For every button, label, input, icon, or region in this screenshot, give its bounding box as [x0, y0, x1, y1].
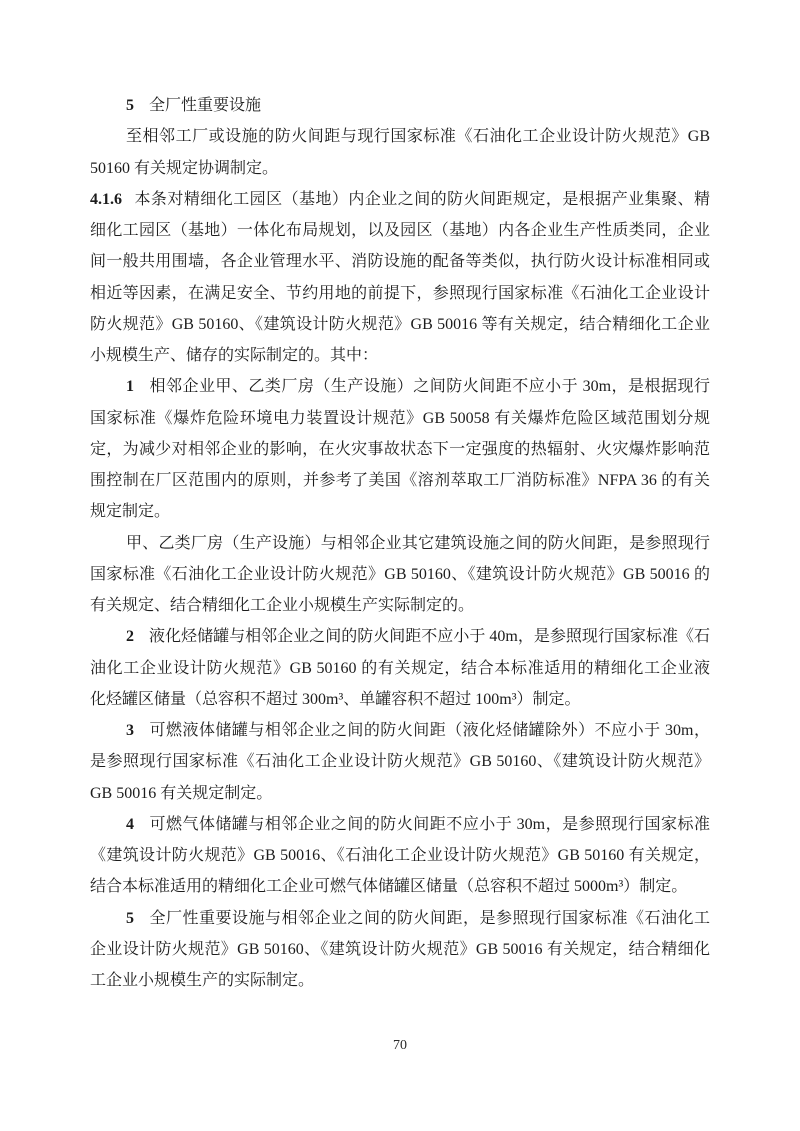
- page-number: 70: [0, 1038, 800, 1054]
- line-text: 是参照现行国家标准《石油化工企业设计防火规范》GB 50160、《建筑设计防火规…: [90, 753, 710, 770]
- text-line: 油化工企业设计防火规范》GB 50160 的有关规定，结合本标准适用的精细化工企…: [90, 653, 710, 684]
- line-text: 本条对精细化工园区（基地）内企业之间的防火间距规定，是根据产业集聚、精: [134, 191, 710, 208]
- line-text: 至相邻工厂或设施的防火间距与现行国家标准《石油化工企业设计防火规范》GB: [126, 128, 710, 145]
- line-text: 化烃罐区储量（总容积不超过 300m³、单罐容积不超过 100m³）制定。: [90, 691, 581, 708]
- text-line: 4可燃气体储罐与相邻企业之间的防火间距不应小于 30m，是参照现行国家标准: [90, 809, 710, 840]
- text-line: 化烃罐区储量（总容积不超过 300m³、单罐容积不超过 100m³）制定。: [90, 684, 710, 715]
- text-line: GB 50016 有关规定制定。: [90, 778, 710, 809]
- text-line: 小规模生产、储存的实际制定的。其中：: [90, 340, 710, 371]
- line-text: 甲、乙类厂房（生产设施）与相邻企业其它建筑设施之间的防火间距，是参照现行: [126, 535, 710, 552]
- line-text: 可燃液体储罐与相邻企业之间的防火间距（液化烃储罐除外）不应小于 30m，: [149, 722, 710, 739]
- item-number: 1: [126, 378, 134, 395]
- line-text: 定，为减少对相邻企业的影响，在火灾事故状态下一定强度的热辐射、火灾爆炸影响范: [90, 441, 710, 458]
- text-line: 企业设计防火规范》GB 50160、《建筑设计防火规范》GB 50016 有关规…: [90, 934, 710, 965]
- item-number: 5: [126, 910, 134, 927]
- line-text: 围控制在厂区范围内的原则，并参考了美国《溶剂萃取工厂消防标准》NFPA 36 的…: [90, 472, 710, 489]
- line-text: 相邻企业甲、乙类厂房（生产设施）之间防火间距不应小于 30m，是根据现行: [149, 378, 710, 395]
- text-line: 规定制定。: [90, 496, 710, 527]
- item-number: 5: [126, 97, 134, 114]
- line-text: 防火规范》GB 50160、《建筑设计防火规范》GB 50016 等有关规定，结…: [90, 316, 710, 333]
- text-line: 结合本标准适用的精细化工企业可燃气体储罐区储量（总容积不超过 5000m³）制定…: [90, 871, 710, 902]
- line-text: 企业设计防火规范》GB 50160、《建筑设计防火规范》GB 50016 有关规…: [90, 941, 710, 958]
- line-text: 可燃气体储罐与相邻企业之间的防火间距不应小于 30m，是参照现行国家标准: [149, 816, 710, 833]
- line-text: 间一般共用围墙，各企业管理水平、消防设施的配备等类似，执行防火设计标准相同或: [90, 253, 710, 270]
- text-line: 2液化烃储罐与相邻企业之间的防火间距不应小于 40m，是参照现行国家标准《石: [90, 621, 710, 652]
- document-page: { "page": { "footer_page_number": "70" }…: [0, 0, 800, 1131]
- item-number: 2: [126, 628, 134, 645]
- line-text: 相近等因素，在满足安全、节约用地的前提下，参照现行国家标准《石油化工企业设计: [90, 285, 710, 302]
- line-text: 小规模生产、储存的实际制定的。其中：: [90, 347, 378, 364]
- text-line: 50160 有关规定协调制定。: [90, 153, 710, 184]
- text-line: 5全厂性重要设施与相邻企业之间的防火间距，是参照现行国家标准《石油化工: [90, 903, 710, 934]
- text-line: 1相邻企业甲、乙类厂房（生产设施）之间防火间距不应小于 30m，是根据现行: [90, 371, 710, 402]
- line-text: 《建筑设计防火规范》GB 50016、《石油化工企业设计防火规范》GB 5016…: [90, 847, 710, 864]
- text-line: 国家标准《爆炸危险环境电力装置设计规范》GB 50058 有关爆炸危险区域范围划…: [90, 403, 710, 434]
- line-text: GB 50016 有关规定制定。: [90, 785, 272, 802]
- line-text: 规定制定。: [90, 503, 170, 520]
- line-text: 全厂性重要设施与相邻企业之间的防火间距，是参照现行国家标准《石油化工: [149, 910, 710, 927]
- line-text: 液化烃储罐与相邻企业之间的防火间距不应小于 40m，是参照现行国家标准《石: [149, 628, 710, 645]
- item-number: 3: [126, 722, 134, 739]
- line-text: 有关规定、结合精细化工企业小规模生产实际制定的。: [90, 597, 474, 614]
- text-line: 5全厂性重要设施: [90, 90, 710, 121]
- line-text: 国家标准《石油化工企业设计防火规范》GB 50160、《建筑设计防火规范》GB …: [90, 566, 710, 583]
- line-text: 工企业小规模生产的实际制定。: [90, 972, 314, 989]
- text-line: 定，为减少对相邻企业的影响，在火灾事故状态下一定强度的热辐射、火灾爆炸影响范: [90, 434, 710, 465]
- text-line: 是参照现行国家标准《石油化工企业设计防火规范》GB 50160、《建筑设计防火规…: [90, 746, 710, 777]
- text-line: 围控制在厂区范围内的原则，并参考了美国《溶剂萃取工厂消防标准》NFPA 36 的…: [90, 465, 710, 496]
- item-number: 4: [126, 816, 134, 833]
- text-line: 3可燃液体储罐与相邻企业之间的防火间距（液化烃储罐除外）不应小于 30m，: [90, 715, 710, 746]
- text-line: 至相邻工厂或设施的防火间距与现行国家标准《石油化工企业设计防火规范》GB: [90, 121, 710, 152]
- text-line: 防火规范》GB 50160、《建筑设计防火规范》GB 50016 等有关规定，结…: [90, 309, 710, 340]
- line-text: 国家标准《爆炸危险环境电力装置设计规范》GB 50058 有关爆炸危险区域范围划…: [90, 410, 710, 427]
- line-text: 细化工园区（基地）一体化布局规划，以及园区（基地）内各企业生产性质类同，企业: [90, 222, 710, 239]
- text-line: 《建筑设计防火规范》GB 50016、《石油化工企业设计防火规范》GB 5016…: [90, 840, 710, 871]
- text-line: 有关规定、结合精细化工企业小规模生产实际制定的。: [90, 590, 710, 621]
- text-line: 相近等因素，在满足安全、节约用地的前提下，参照现行国家标准《石油化工企业设计: [90, 278, 710, 309]
- text-line: 甲、乙类厂房（生产设施）与相邻企业其它建筑设施之间的防火间距，是参照现行: [90, 528, 710, 559]
- text-line: 间一般共用围墙，各企业管理水平、消防设施的配备等类似，执行防火设计标准相同或: [90, 246, 710, 277]
- clause-number: 4.1.6: [90, 191, 122, 208]
- text-column: 5全厂性重要设施 至相邻工厂或设施的防火间距与现行国家标准《石油化工企业设计防火…: [90, 90, 710, 996]
- line-text: 结合本标准适用的精细化工企业可燃气体储罐区储量（总容积不超过 5000m³）制定…: [90, 878, 687, 895]
- line-text: 50160 有关规定协调制定。: [90, 160, 278, 177]
- line-text: 油化工企业设计防火规范》GB 50160 的有关规定，结合本标准适用的精细化工企…: [90, 660, 710, 677]
- text-line: 细化工园区（基地）一体化布局规划，以及园区（基地）内各企业生产性质类同，企业: [90, 215, 710, 246]
- line-text: 全厂性重要设施: [149, 97, 261, 114]
- text-line: 工企业小规模生产的实际制定。: [90, 965, 710, 996]
- text-line: 国家标准《石油化工企业设计防火规范》GB 50160、《建筑设计防火规范》GB …: [90, 559, 710, 590]
- text-line: 4.1.6本条对精细化工园区（基地）内企业之间的防火间距规定，是根据产业集聚、精: [90, 184, 710, 215]
